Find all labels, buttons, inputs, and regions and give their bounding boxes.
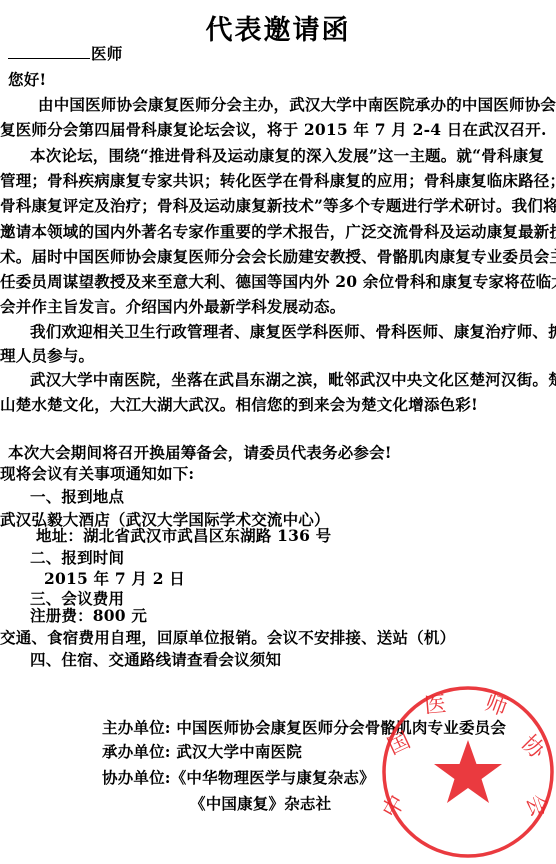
co-organizer: 协办单位:《中华物理医学与康复杂志》 [102,768,375,788]
official-seal: 中 国 医 师 协 会 [378,682,556,862]
registration-fee: 注册费：800 元 [30,606,147,626]
undertaker-value: 武汉大学中南医院 [176,742,302,761]
body-line: 本次论坛，围绕“推进骨科及运动康复的深入发展”这一主题。就“骨科康复 [30,146,544,166]
venue-address: 地址：湖北省武汉市武昌区东湖路 136 号 [36,526,331,546]
undertaker-label: 承办单位: [102,742,171,761]
committee-notice: 本次大会期间将召开换届筹备会，请委员代表务必参会! [8,443,392,463]
recipient-name-blank[interactable] [8,44,90,59]
host-label: 主办单位: [102,718,171,737]
co-label: 协办单位: [102,768,171,787]
seal-char: 师 [482,690,511,721]
body-line: 术。届时中国医师协会康复医师分会会长励建安教授、骨骼肌肉康复专业委员会主 [0,247,556,267]
co-value-1: 《中华物理医学与康复杂志》 [171,768,375,787]
undertaker-organizer: 承办单位: 武汉大学中南医院 [102,742,302,762]
section-2-heading: 二、报到时间 [30,548,124,568]
seal-char: 协 [516,731,550,765]
greeting: 您好! [8,70,46,90]
seal-char: 中 [378,791,411,823]
expenses-note: 交通、食宿费用自理，回原单位报销。会议不安排接、送站（机） [0,628,455,648]
body-line: 会并作主旨发言。介绍国内外最新学科发展动态。 [0,297,345,317]
star-icon [434,740,502,803]
body-line: 复医师分会第四届骨科康复论坛会议，将于 2015 年 7 月 2-4 日在武汉召… [0,120,547,140]
co-organizer-2: 《中国康复》杂志社 [190,794,331,814]
recipient-line: 医师 [8,44,122,64]
section-4-heading: 四、住宿、交通路线请查看会议须知 [30,650,281,670]
body-line: 骨科康复评定及治疗；骨科及运动康复新技术”等多个专题进行学术研讨。我们将 [0,196,556,216]
body-line: 任委员周谋望教授及来至意大利、德国等国内外 20 余位骨科和康复专家将莅临大 [0,272,556,292]
recipient-suffix: 医师 [91,44,122,63]
registration-date: 2015 年 7 月 2 日 [44,569,185,589]
host-value: 中国医师协会康复医师分会骨骼肌肉专业委员会 [176,718,506,737]
section-1-heading: 一、报到地点 [30,487,124,507]
seal-char: 医 [423,692,447,719]
body-line: 管理；骨科疾病康复专家共识；转化医学在骨科康复的应用；骨科康复临床路径； [0,171,556,191]
body-line: 山楚水楚文化，大江大湖大武汉。相信您的到来会为楚文化增添色彩! [0,395,478,415]
host-organizer: 主办单位: 中国医师协会康复医师分会骨骼肌肉专业委员会 [102,718,506,738]
body-line: 我们欢迎相关卫生行政管理者、康复医学科医师、骨科医师、康复治疗师、护 [30,322,556,342]
page-title: 代表邀请函 [0,8,556,47]
seal-char: 会 [521,791,552,820]
body-line: 邀请本领域的国内外著名专家作重要的学术报告，广泛交流骨科及运动康复最新技 [0,222,556,242]
body-line: 由中国医师协会康复医师分会主办，武汉大学中南医院承办的中国医师协会康 [38,95,556,115]
notice-intro: 现将会议有关事项通知如下: [0,464,194,484]
body-line: 武汉大学中南医院，坐落在武昌东湖之滨，毗邻武汉中央文化区楚河汉街。楚 [30,370,556,390]
body-line: 理人员参与。 [0,346,94,366]
